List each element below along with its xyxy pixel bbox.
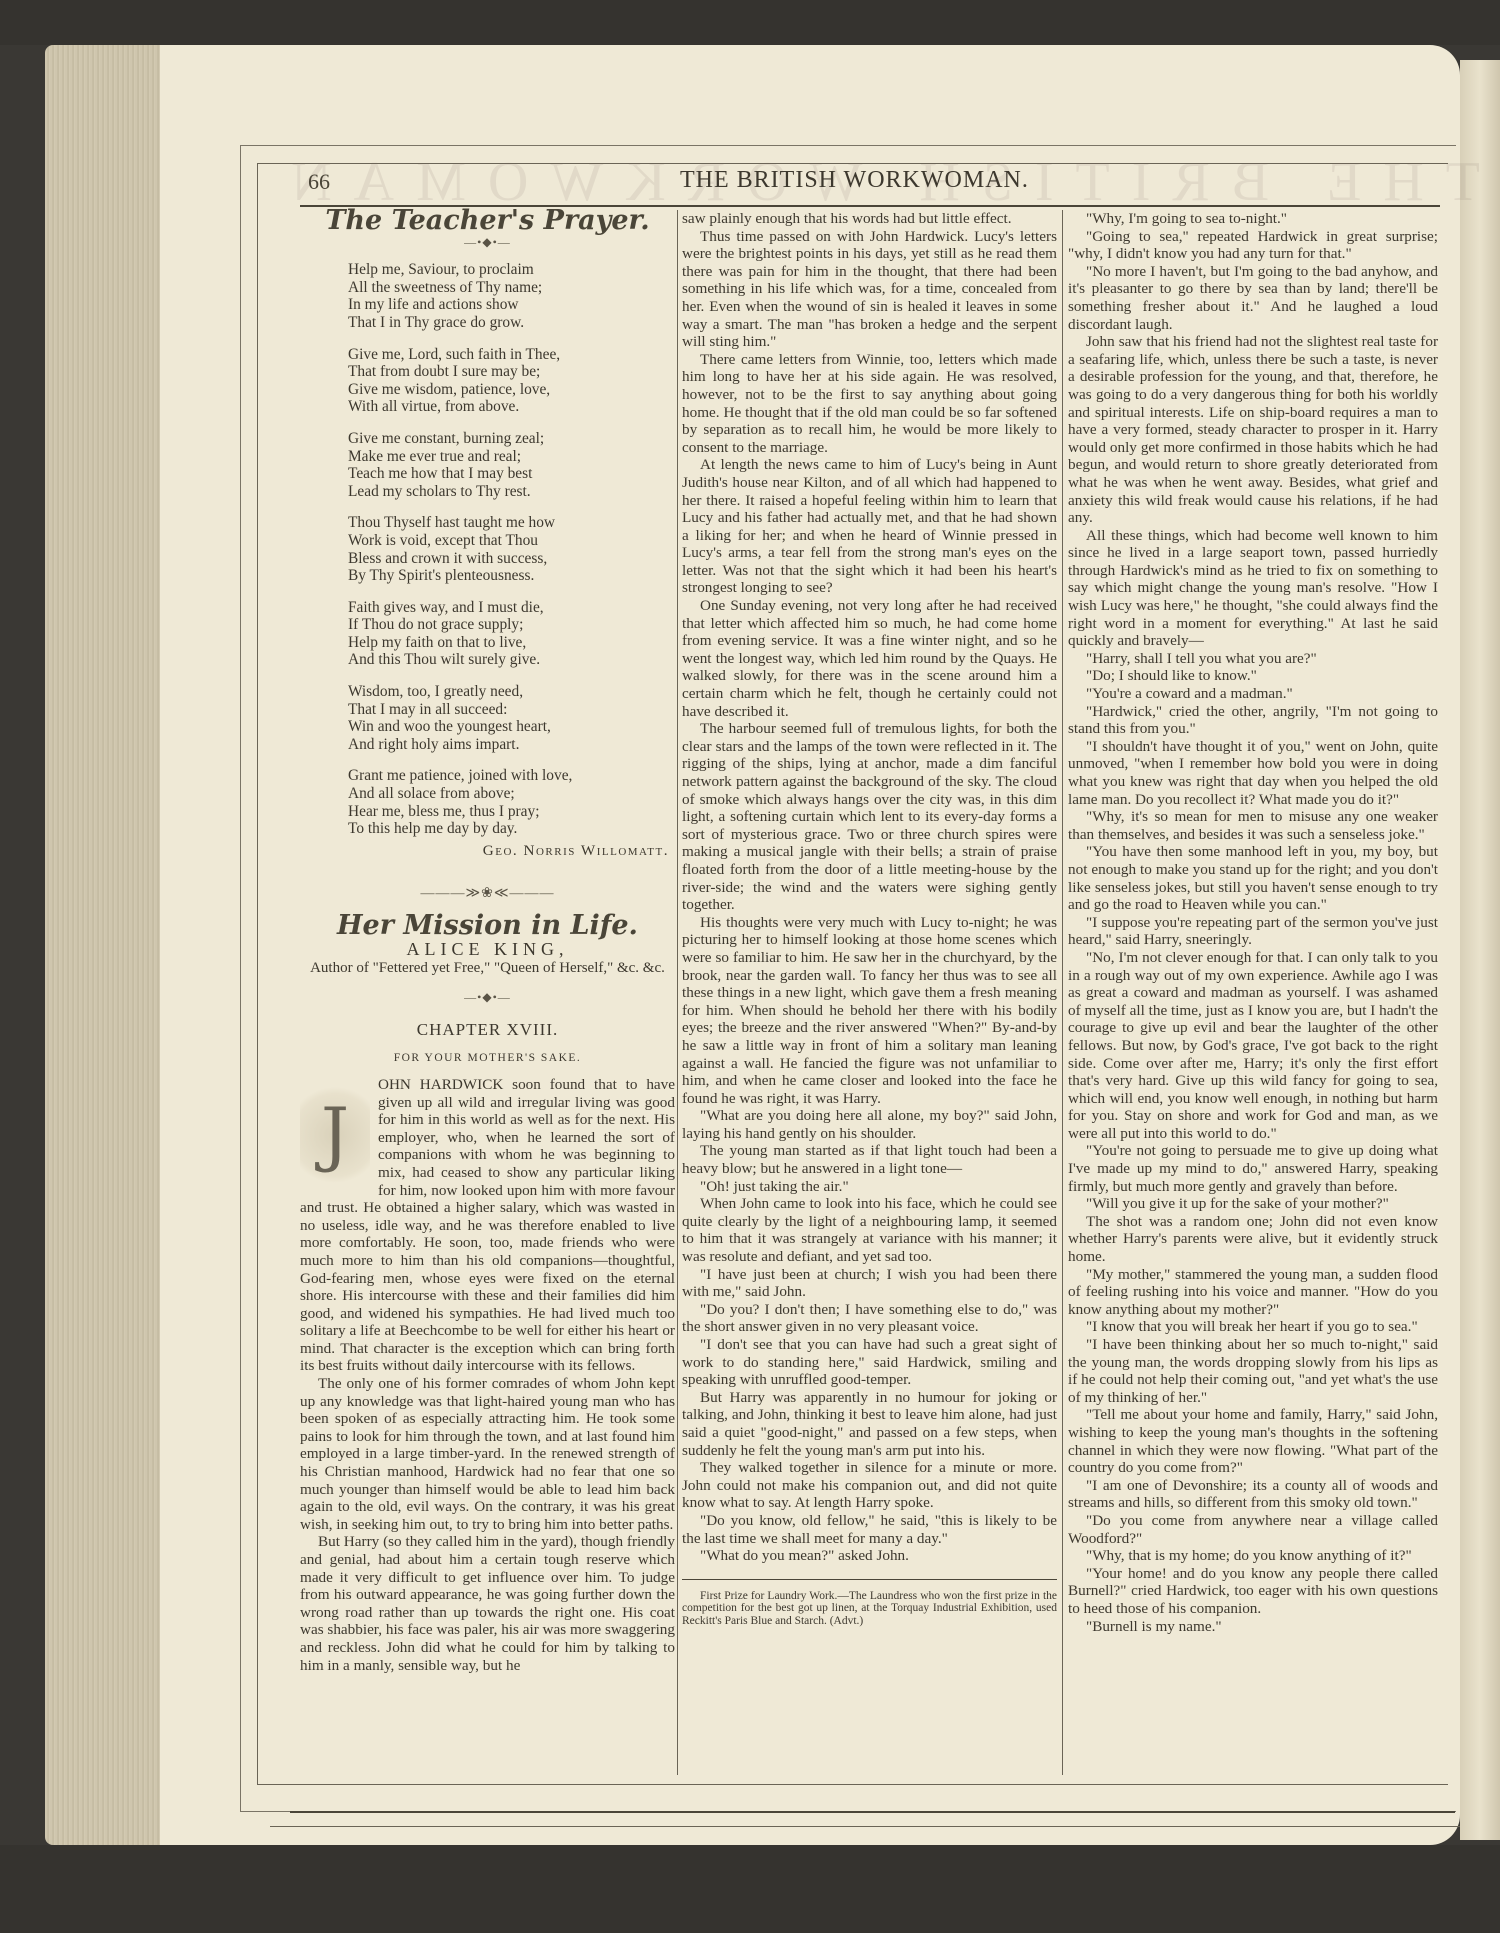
poem-line: By Thy Spirit's plenteousness. <box>348 567 675 585</box>
section-separator: ———≫❀≪——— <box>300 885 675 903</box>
paragraph: "I am one of Devonshire; its a county al… <box>1068 1477 1438 1512</box>
chapter-subtitle: FOR YOUR MOTHER'S SAKE. <box>300 1050 675 1068</box>
column-3: "Why, I'm going to sea to-night.""Going … <box>1068 210 1438 1635</box>
poem-line: Win and woo the youngest heart, <box>348 718 675 736</box>
story-title: Her Mission in Life. <box>300 917 675 935</box>
poem-line: To this help me day by day. <box>348 820 675 838</box>
paragraph: "I know that you will break her heart if… <box>1068 1318 1438 1336</box>
advert-rule <box>682 1579 1057 1580</box>
small-ornament: —•◆•— <box>300 989 675 1007</box>
poem-stanza: Thou Thyself hast taught me howWork is v… <box>348 514 675 584</box>
paragraph: "Do; I should like to know." <box>1068 667 1438 685</box>
paragraph: "I suppose you're repeating part of the … <box>1068 914 1438 949</box>
decorative-drop-cap: J <box>300 1076 370 1194</box>
paragraph: At length the news came to him of Lucy's… <box>682 456 1057 597</box>
poem-line: In my life and actions show <box>348 296 675 314</box>
right-page-leaf <box>1460 60 1500 1840</box>
footer-rule-outer <box>270 1826 1460 1827</box>
paragraph: "Do you know, old fellow," he said, "thi… <box>682 1512 1057 1547</box>
paragraph: All these things, which had become well … <box>1068 527 1438 650</box>
poem-line: Give me constant, burning zeal; <box>348 430 675 448</box>
paragraph: His thoughts were very much with Lucy to… <box>682 914 1057 1108</box>
poem-line: And right holy aims impart. <box>348 736 675 754</box>
paragraph: "Why, that is my home; do you know anyth… <box>1068 1547 1438 1565</box>
story-text-col2: saw plainly enough that his words had bu… <box>682 210 1057 1565</box>
paragraph: "Hardwick," cried the other, angrily, "I… <box>1068 703 1438 738</box>
paragraph: But Harry was apparently in no humour fo… <box>682 1389 1057 1459</box>
paragraph: The shot was a random one; John did not … <box>1068 1213 1438 1266</box>
paragraph: "My mother," stammered the young man, a … <box>1068 1266 1438 1319</box>
page-header: 66 THE BRITISH WORKWOMAN. <box>300 165 1440 205</box>
paragraph: saw plainly enough that his words had bu… <box>682 210 1057 228</box>
poem-line: Bless and crown it with success, <box>348 550 675 568</box>
poem-line: And all solace from above; <box>348 785 675 803</box>
poem-line: All the sweetness of Thy name; <box>348 279 675 297</box>
poem-line: Help my faith on that to live, <box>348 634 675 652</box>
poem-stanza: Faith gives way, and I must die,If Thou … <box>348 599 675 669</box>
poem-title: The Teacher's Prayer. <box>300 212 675 230</box>
paragraph: "No more I haven't, but I'm going to the… <box>1068 263 1438 333</box>
poem-line: Faith gives way, and I must die, <box>348 599 675 617</box>
story-author: ALICE KING, <box>300 941 675 959</box>
story-byline: Author of "Fettered yet Free," "Queen of… <box>310 960 665 977</box>
poem-line: And this Thou wilt surely give. <box>348 651 675 669</box>
poem-line: That I in Thy grace do grow. <box>348 314 675 332</box>
paragraph: But Harry (so they called him in the yar… <box>300 1533 675 1674</box>
story-text-col3: "Why, I'm going to sea to-night.""Going … <box>1068 210 1438 1635</box>
paragraph: "I have been thinking about her so much … <box>1068 1336 1438 1406</box>
poem-body: Help me, Saviour, to proclaimAll the swe… <box>300 261 675 838</box>
paragraph: One Sunday evening, not very long after … <box>682 597 1057 720</box>
paragraph: "Do you? I don't then; I have something … <box>682 1301 1057 1336</box>
paragraph: "Your home! and do you know any people t… <box>1068 1565 1438 1618</box>
poem-line: That from doubt I sure may be; <box>348 363 675 381</box>
paragraph: "I don't see that you can have had such … <box>682 1336 1057 1389</box>
paragraph: "Tell me about your home and family, Har… <box>1068 1406 1438 1476</box>
poem-line: Make me ever true and real; <box>348 448 675 466</box>
paragraph: "No, I'm not clever enough for that. I c… <box>1068 949 1438 1143</box>
paragraph: "Why, it's so mean for men to misuse any… <box>1068 808 1438 843</box>
paragraph: "Oh! just taking the air." <box>682 1178 1057 1196</box>
poem-signature: Geo. Norris Willomatt. <box>300 842 669 860</box>
poem-line: Grant me patience, joined with love, <box>348 767 675 785</box>
paragraph: When John came to look into his face, wh… <box>682 1195 1057 1265</box>
page-edges <box>45 45 160 1845</box>
poem-line: Give me, Lord, such faith in Thee, <box>348 346 675 364</box>
poem-line: Thou Thyself hast taught me how <box>348 514 675 532</box>
poem-stanza: Wisdom, too, I greatly need,That I may i… <box>348 683 675 753</box>
poem-stanza: Give me, Lord, such faith in Thee,That f… <box>348 346 675 416</box>
poem-line: Lead my scholars to Thy rest. <box>348 483 675 501</box>
paragraph: The young man started as if that light t… <box>682 1142 1057 1177</box>
paragraph: Thus time passed on with John Hardwick. … <box>682 228 1057 351</box>
poem-line: If Thou do not grace supply; <box>348 616 675 634</box>
book-cover-top <box>0 0 1500 45</box>
poem-line: Help me, Saviour, to proclaim <box>348 261 675 279</box>
poem-line: Work is void, except that Thou <box>348 532 675 550</box>
poem-stanza: Help me, Saviour, to proclaimAll the swe… <box>348 261 675 331</box>
poem-stanza: Grant me patience, joined with love,And … <box>348 767 675 837</box>
column-divider-1 <box>677 210 678 1775</box>
ornament-divider: —•◆•— <box>300 234 675 252</box>
paragraph: "You have then some manhood left in you,… <box>1068 843 1438 913</box>
paragraph: There came letters from Winnie, too, let… <box>682 351 1057 457</box>
paragraph: "I shouldn't have thought it of you," we… <box>1068 738 1438 808</box>
paragraph: "You're not going to persuade me to give… <box>1068 1142 1438 1195</box>
paragraph: They walked together in silence for a mi… <box>682 1459 1057 1512</box>
footer-rule <box>290 1811 1455 1813</box>
paragraph: John saw that his friend had not the sli… <box>1068 333 1438 527</box>
column-divider-2 <box>1062 210 1063 1775</box>
masthead: THE BRITISH WORKWOMAN. <box>680 167 1029 194</box>
poem-line: Teach me how that I may best <box>348 465 675 483</box>
paragraph: "What are you doing here all alone, my b… <box>682 1107 1057 1142</box>
poem-line: That I may in all succeed: <box>348 701 675 719</box>
poem-stanza: Give me constant, burning zeal;Make me e… <box>348 430 675 500</box>
poem-line: Hear me, bless me, thus I pray; <box>348 803 675 821</box>
poem-line: Wisdom, too, I greatly need, <box>348 683 675 701</box>
column-1: The Teacher's Prayer. —•◆•— Help me, Sav… <box>300 210 675 1674</box>
chapter-heading: CHAPTER XVIII. <box>300 1021 675 1039</box>
poem-line: Give me wisdom, patience, love, <box>348 381 675 399</box>
poem-line: With all virtue, from above. <box>348 398 675 416</box>
paragraph: The harbour seemed full of tremulous lig… <box>682 720 1057 914</box>
paragraph: The only one of his former comrades of w… <box>300 1375 675 1533</box>
paragraph: "I have just been at church; I wish you … <box>682 1266 1057 1301</box>
paragraph: "Why, I'm going to sea to-night." <box>1068 210 1438 228</box>
page-number: 66 <box>308 169 330 195</box>
paragraph: "Will you give it up for the sake of you… <box>1068 1195 1438 1213</box>
paragraph: "Burnell is my name." <box>1068 1618 1438 1636</box>
paragraph: "Do you come from anywhere near a villag… <box>1068 1512 1438 1547</box>
column-2: saw plainly enough that his words had bu… <box>682 210 1057 1627</box>
paragraph: "You're a coward and a madman." <box>1068 685 1438 703</box>
paragraph: "Going to sea," repeated Hardwick in gre… <box>1068 228 1438 263</box>
advertisement: First Prize for Laundry Work.—The Laundr… <box>682 1590 1057 1628</box>
paragraph: "What do you mean?" asked John. <box>682 1547 1057 1565</box>
paragraph: "Harry, shall I tell you what you are?" <box>1068 650 1438 668</box>
book-cover-bottom <box>0 1845 1500 1933</box>
